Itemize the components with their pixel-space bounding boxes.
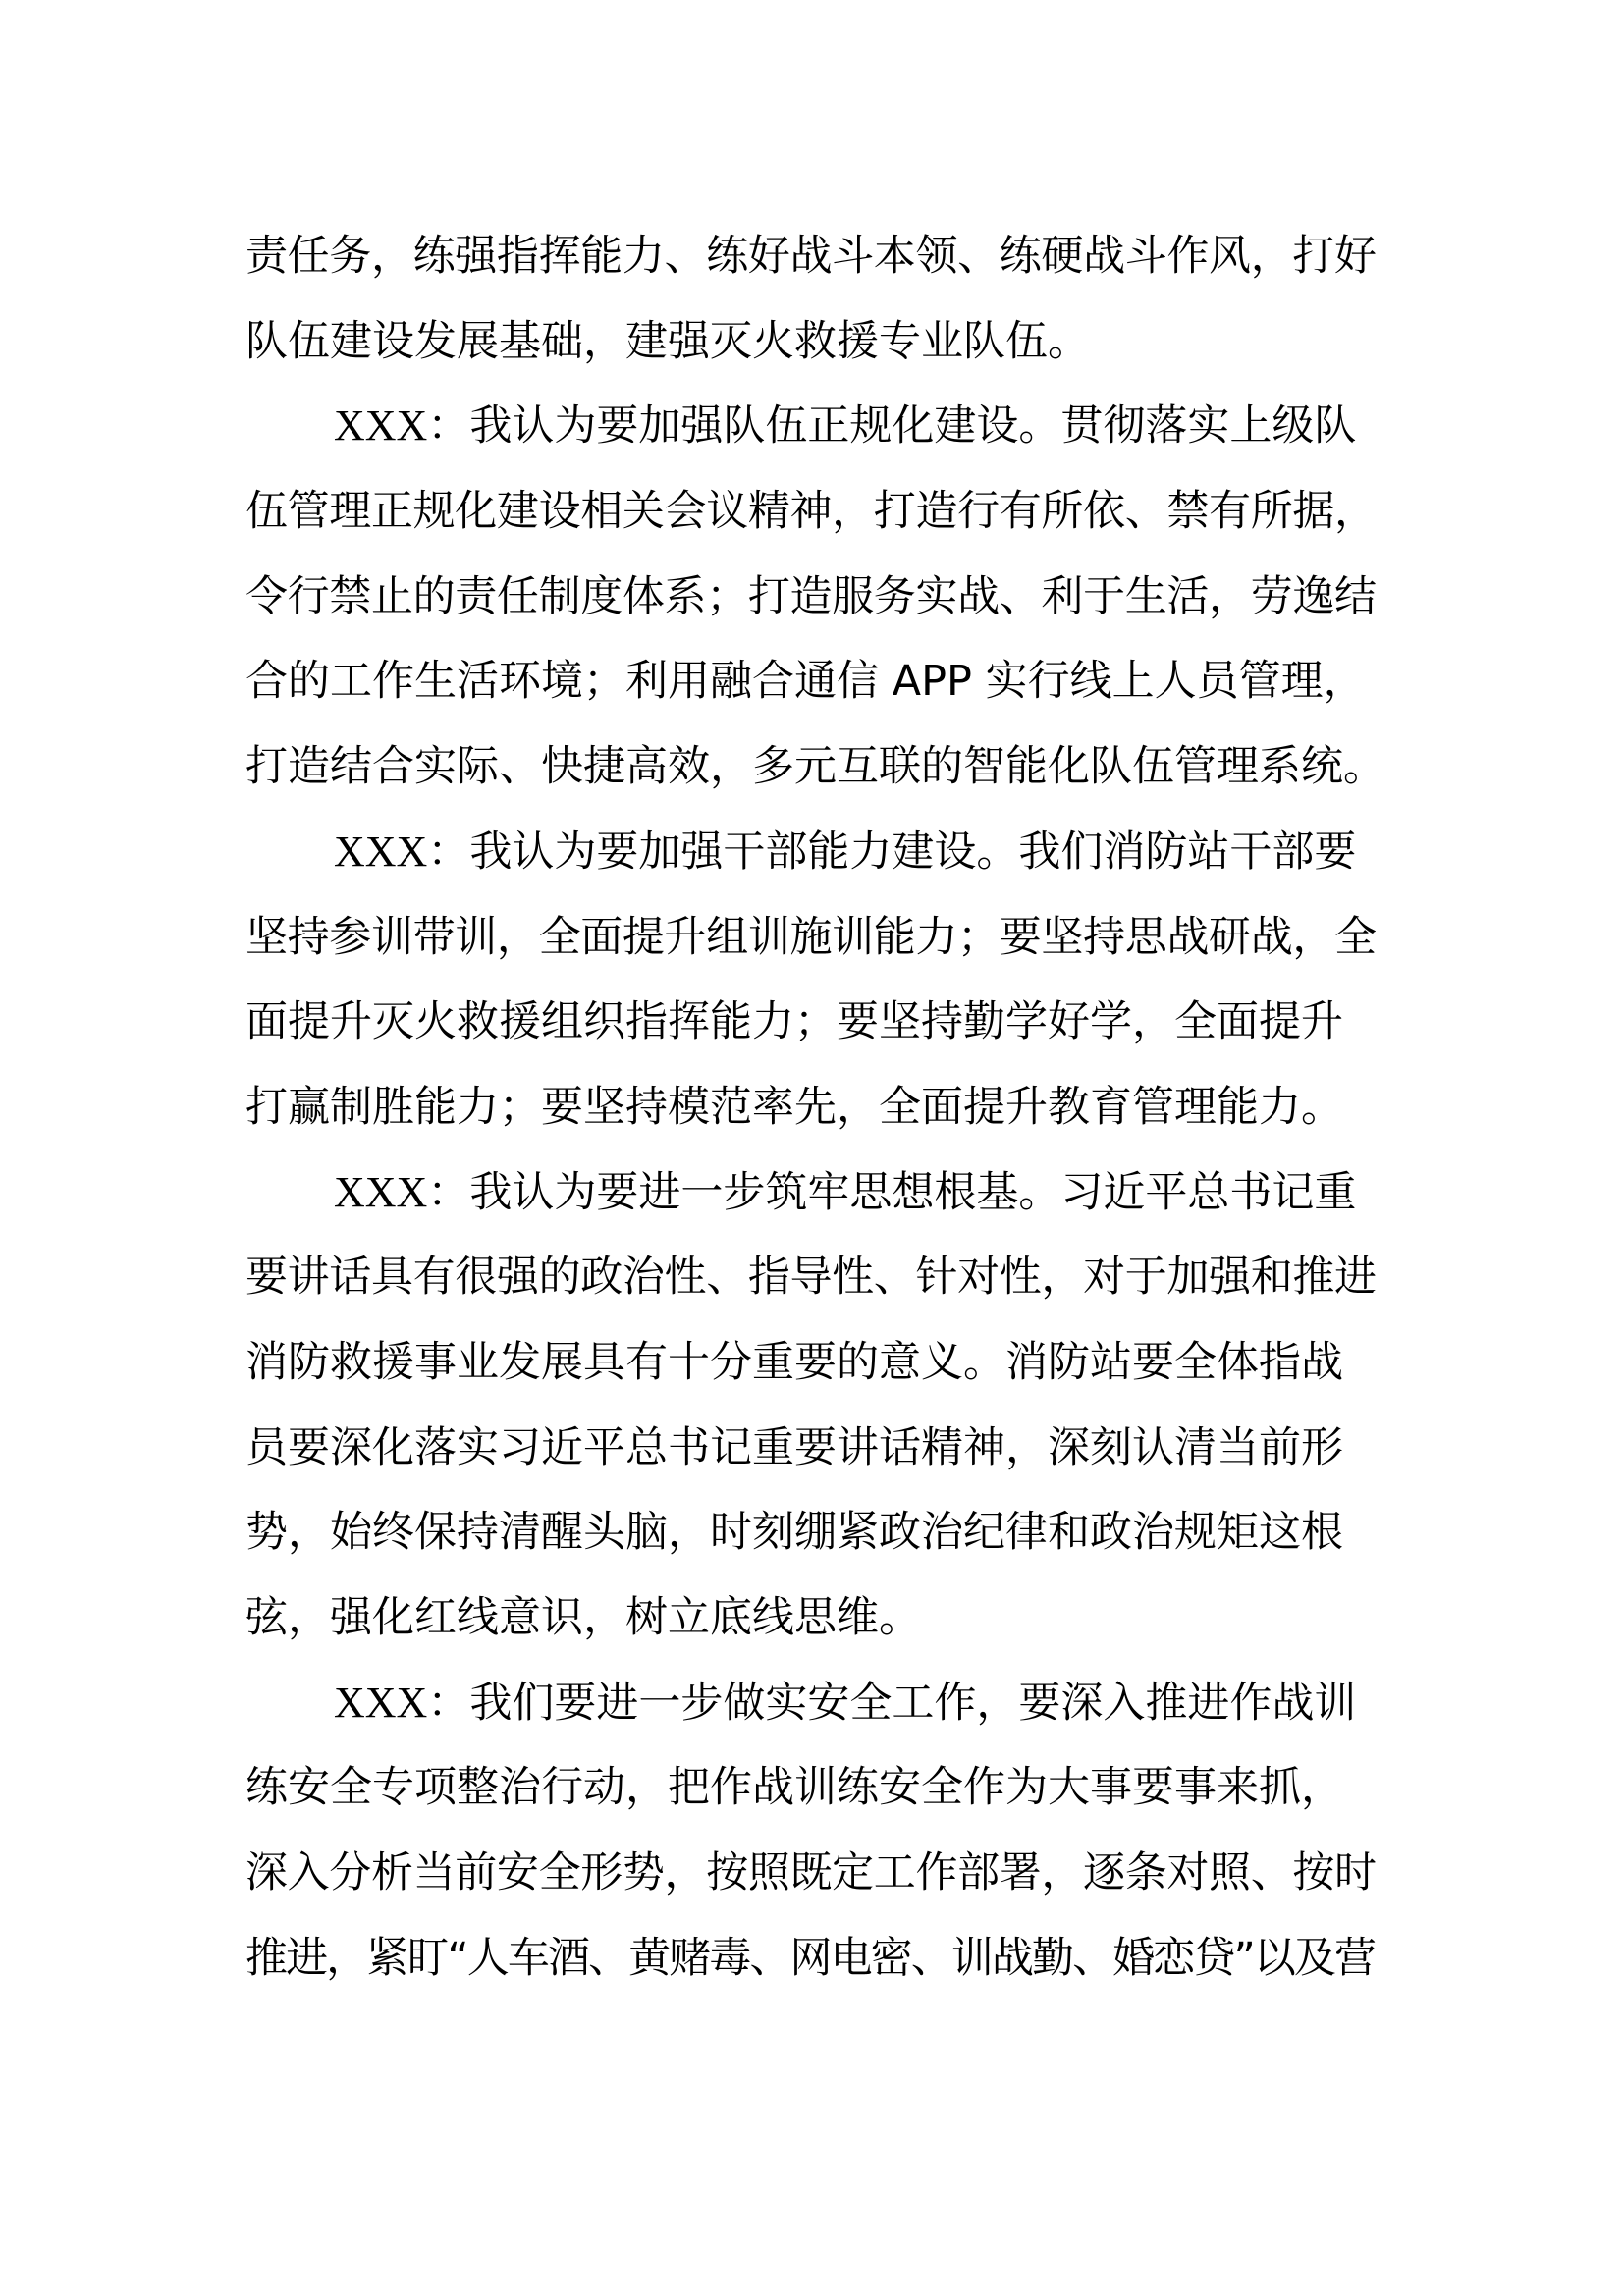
text-line: 面提升灭火救援组织指挥能力；要坚持勤学好学，全面提升 xyxy=(245,980,1377,1065)
speaker-label: XXX xyxy=(334,1679,427,1727)
paragraph-text: ：我们要进一步做实安全工作，要深入推进作战训 xyxy=(427,1679,1356,1728)
paragraph-start-line: XXX：我认为要进一步筑牢思想根基。习近平总书记重 xyxy=(245,1150,1377,1236)
text-line: 消防救援事业发展具有十分重要的意义。消防站要全体指战 xyxy=(245,1320,1377,1406)
text-line: 员要深化落实习近平总书记重要讲话精神，深刻认清当前形 xyxy=(245,1406,1377,1491)
paragraph-start-line: XXX：我认为要加强干部能力建设。我们消防站干部要 xyxy=(245,810,1377,895)
paragraph-start-line: XXX：我们要进一步做实安全工作，要深入推进作战训 xyxy=(245,1661,1377,1746)
speaker-label: XXX xyxy=(334,401,427,450)
speaker-label: XXX xyxy=(334,828,427,876)
text-line: 队伍建设发展基础，建强灭火救援专业队伍。 xyxy=(245,299,1377,385)
text-line: 坚持参训带训，全面提升组训施训能力；要坚持思战研战，全 xyxy=(245,895,1377,981)
paragraph-start-line: XXX：我认为要加强队伍正规化建设。贯彻落实上级队 xyxy=(245,384,1377,469)
text-line: 推进，紧盯“人车酒、黄赌毒、网电密、训战勤、婚恋贷”以及营 xyxy=(245,1916,1377,2002)
text-line: 令行禁止的责任制度体系；打造服务实战、利于生活，劳逸结 xyxy=(245,555,1377,640)
text-line: 责任务，练强指挥能力、练好战斗本领、练硬战斗作风，打好 xyxy=(245,214,1377,299)
text-line: 合的工作生活环境；利用融合通信 APP 实行线上人员管理， xyxy=(245,639,1377,724)
paragraph-text: ：我认为要进一步筑牢思想根基。习近平总书记重 xyxy=(427,1168,1356,1217)
speaker-label: XXX xyxy=(334,1168,427,1216)
text-line: 势，始终保持清醒头脑，时刻绷紧政治纪律和政治规矩这根 xyxy=(245,1490,1377,1575)
text-line: 深入分析当前安全形势，按照既定工作部署，逐条对照、按时 xyxy=(245,1831,1377,1916)
text-line: 打造结合实际、快捷高效，多元互联的智能化队伍管理系统。 xyxy=(245,724,1377,810)
document-page: 责任务，练强指挥能力、练好战斗本领、练硬战斗作风，打好 队伍建设发展基础，建强灭… xyxy=(0,0,1624,2296)
text-line: 练安全专项整治行动，把作战训练安全作为大事要事来抓， xyxy=(245,1745,1377,1831)
text-line: 要讲话具有很强的政治性、指导性、针对性，对于加强和推进 xyxy=(245,1235,1377,1320)
paragraph-text: ：我认为要加强干部能力建设。我们消防站干部要 xyxy=(427,828,1356,877)
body-text: 责任务，练强指挥能力、练好战斗本领、练硬战斗作风，打好 队伍建设发展基础，建强灭… xyxy=(245,214,1377,2001)
paragraph-text: ：我认为要加强队伍正规化建设。贯彻落实上级队 xyxy=(427,401,1356,451)
text-line: 伍管理正规化建设相关会议精神，打造行有所依、禁有所据， xyxy=(245,469,1377,555)
text-line: 打赢制胜能力；要坚持模范率先，全面提升教育管理能力。 xyxy=(245,1065,1377,1150)
text-line: 弦，强化红线意识，树立底线思维。 xyxy=(245,1575,1377,1661)
